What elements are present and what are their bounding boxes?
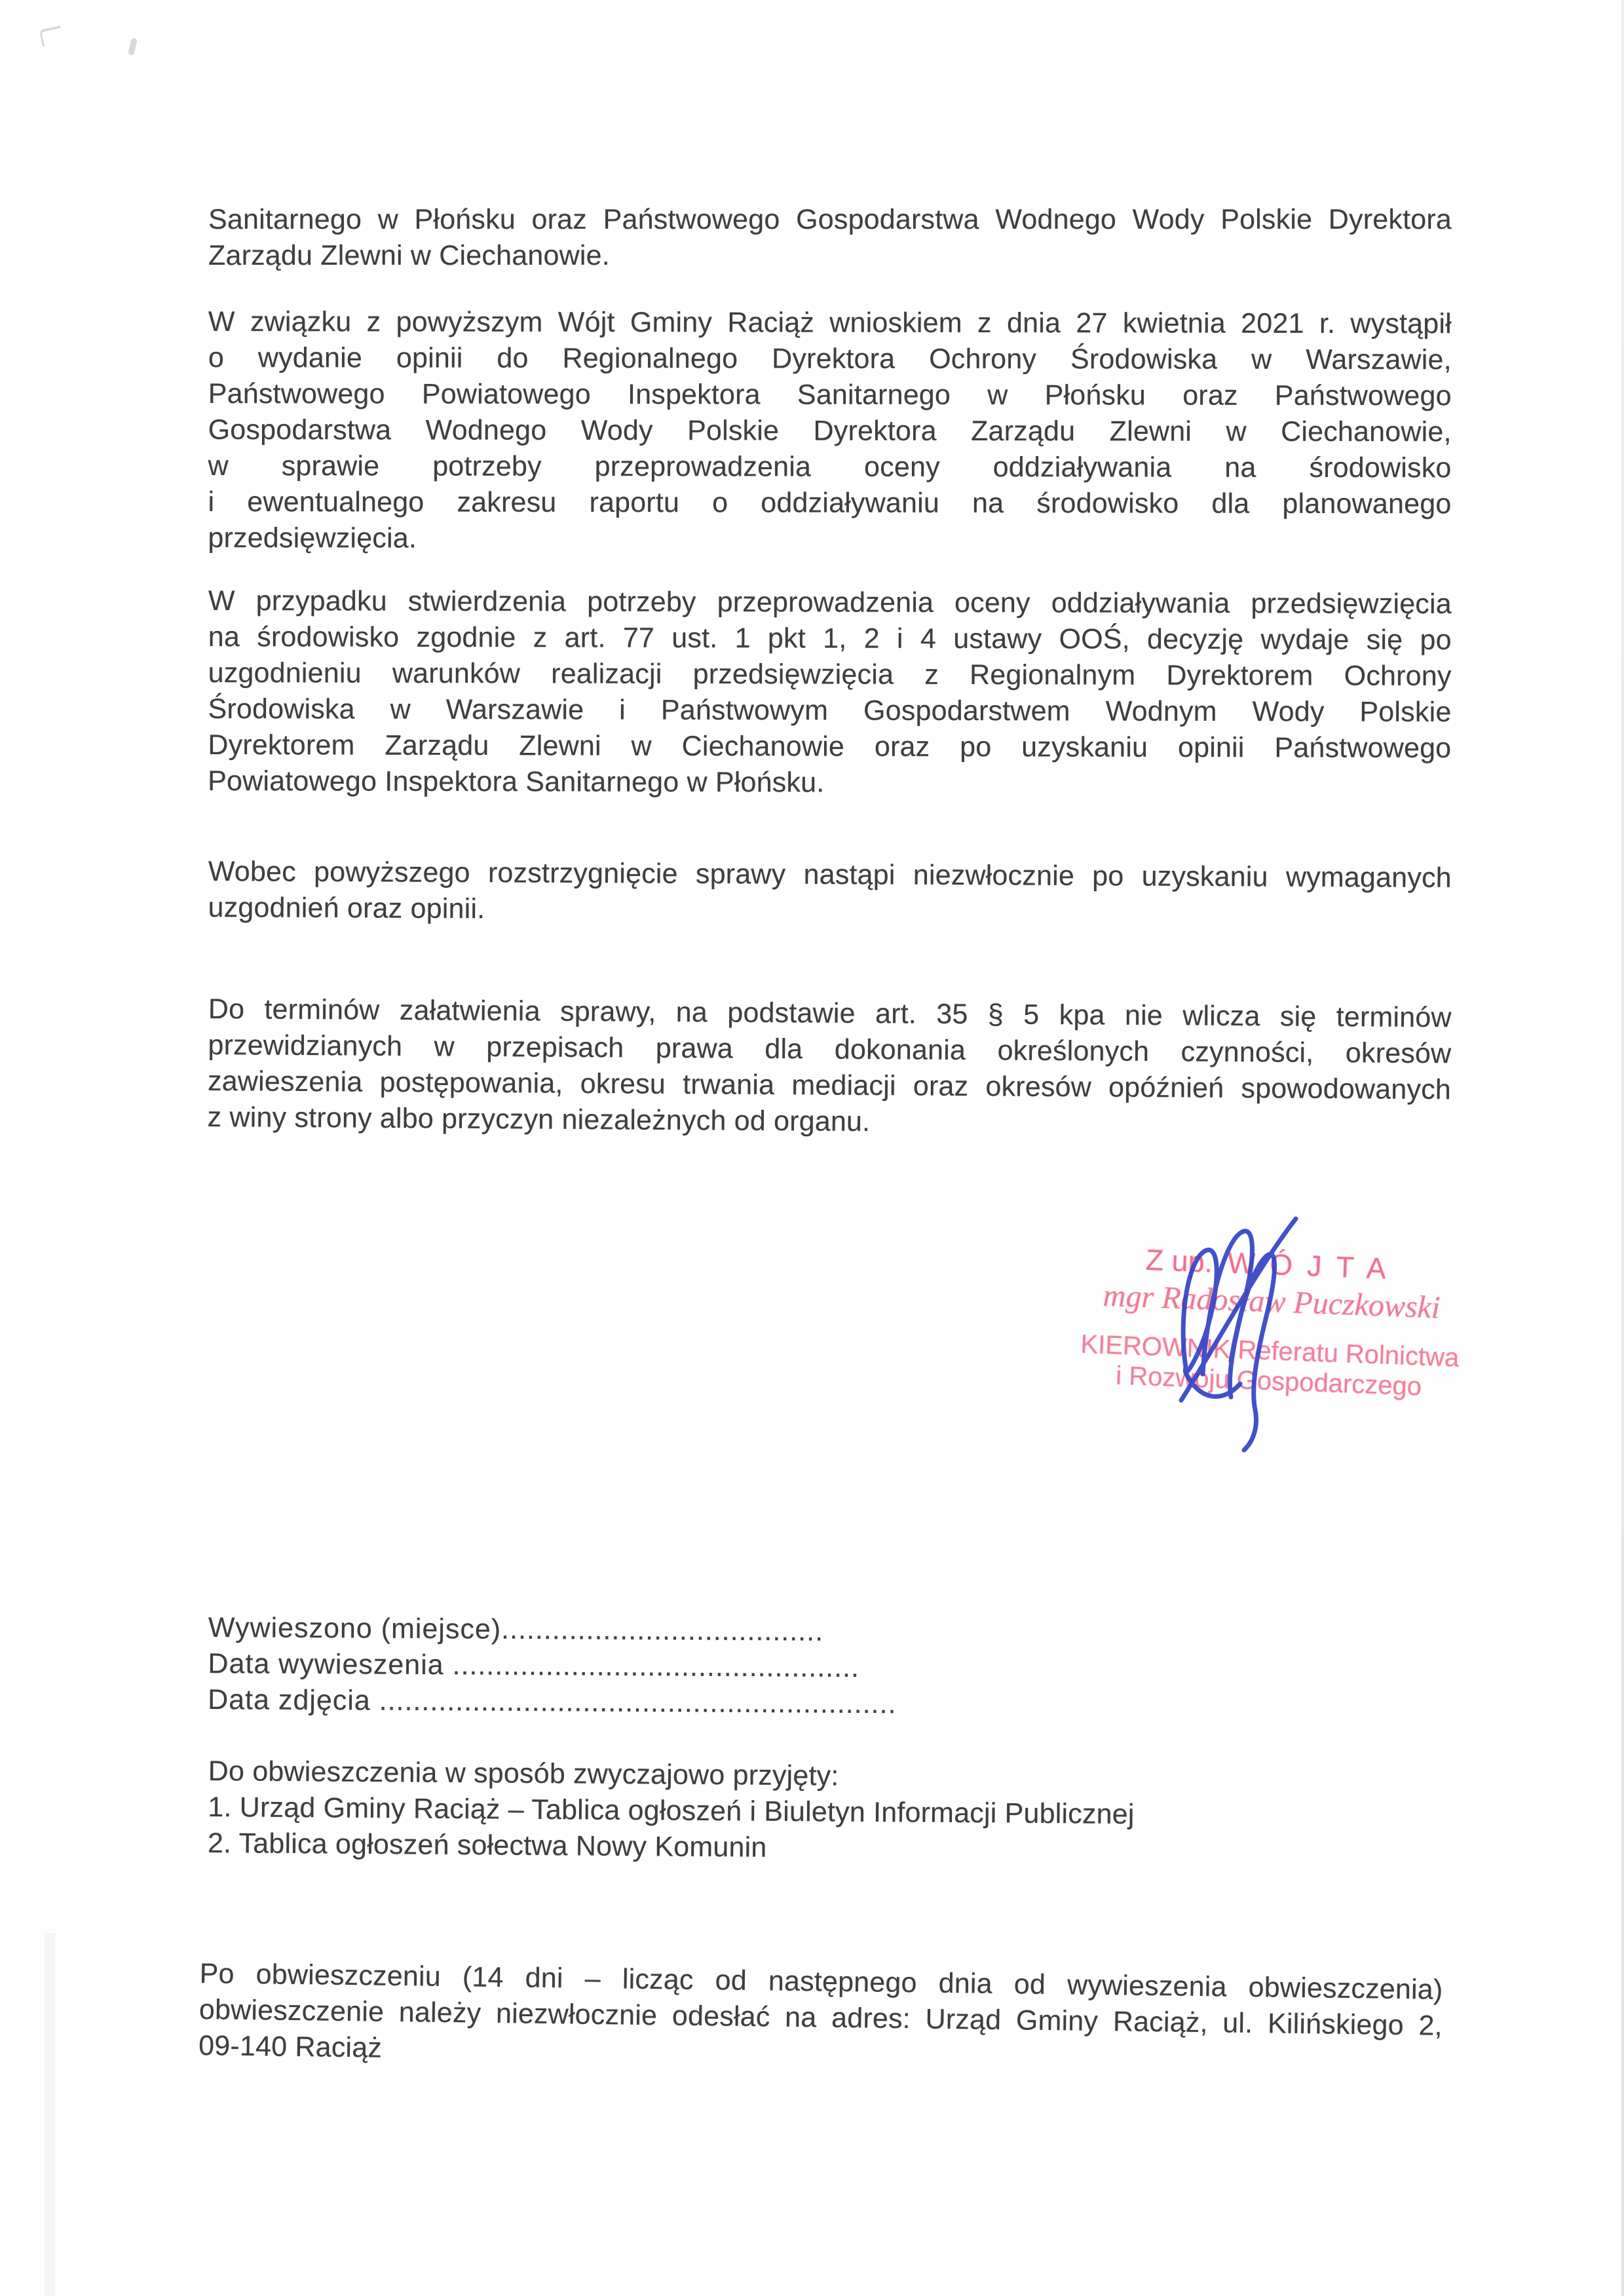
scan-smudge (39, 26, 64, 47)
paragraph-sanitary-authorities: Sanitarnego w Płońsku oraz Państwowego G… (208, 202, 1452, 274)
paragraph-line: Dyrektorem Zarządu Zlewni w Ciechanowie … (208, 727, 1451, 767)
scan-edge-shadow (1621, 0, 1624, 2296)
paragraph-line: Zarządu Zlewni w Ciechanowie. (208, 238, 1452, 274)
scan-edge-shadow (45, 1933, 55, 2296)
paragraph-return-instruction: Po obwieszczeniu (14 dni – licząc od nas… (198, 1956, 1443, 2080)
posting-removal-date-line: Data zdjęcia ...........................… (208, 1682, 1451, 1726)
scan-smudge (128, 37, 138, 55)
paragraph-line: W przypadku stwierdzenia potrzeby przepr… (208, 583, 1452, 622)
paragraph-resolution-note: Wobec powyższego rozstrzygnięcie sprawy … (208, 854, 1452, 932)
posting-record: Wywieszono (miejsce)....................… (208, 1610, 1452, 1726)
paragraph-line: Sanitarnego w Płońsku oraz Państwowego G… (208, 202, 1452, 238)
paragraph-line: Państwowego Powiatowego Inspektora Sanit… (208, 376, 1452, 414)
paragraph-request-for-opinions: W związku z powyższym Wójt Gminy Raciąż … (208, 304, 1452, 558)
paragraph-line: w sprawie potrzeby przeprowadzenia oceny… (208, 448, 1452, 486)
paragraph-line: uzgodnieniu warunków realizacji przedsię… (208, 655, 1452, 695)
paragraph-line: i ewentualnego zakresu raportu o oddział… (208, 484, 1451, 522)
paragraph-line: uzgodnień oraz opinii. (208, 890, 1451, 932)
announcement-distribution: Do obwieszczenia w sposób zwyczajowo prz… (208, 1753, 1452, 1871)
paragraph-line: Wobec powyższego rozstrzygnięcie sprawy … (208, 854, 1452, 896)
paragraph-line: Gospodarstwa Wodnego Wody Polskie Dyrekt… (208, 412, 1452, 450)
paragraph-deadlines-kpa: Do terminów załatwienia sprawy, na podst… (207, 991, 1451, 1144)
paragraph-line: na środowisko zgodnie z art. 77 ust. 1 p… (208, 619, 1452, 659)
paragraph-line: o wydanie opinii do Regionalnego Dyrekto… (208, 340, 1452, 378)
scanned-document-page: Sanitarnego w Płońsku oraz Państwowego G… (0, 0, 1624, 2296)
paragraph-line: Środowiska w Warszawie i Państwowym Gosp… (208, 691, 1451, 731)
paragraph-line: przedsięwzięcia. (208, 520, 1451, 558)
handwritten-signature (1165, 1207, 1315, 1456)
paragraph-line: Powiatowego Inspektora Sanitarnego w Pło… (208, 763, 1451, 803)
paragraph-eia-decision-conditions: W przypadku stwierdzenia potrzeby przepr… (208, 583, 1452, 803)
paragraph-line: W związku z powyższym Wójt Gminy Raciąż … (208, 304, 1452, 342)
